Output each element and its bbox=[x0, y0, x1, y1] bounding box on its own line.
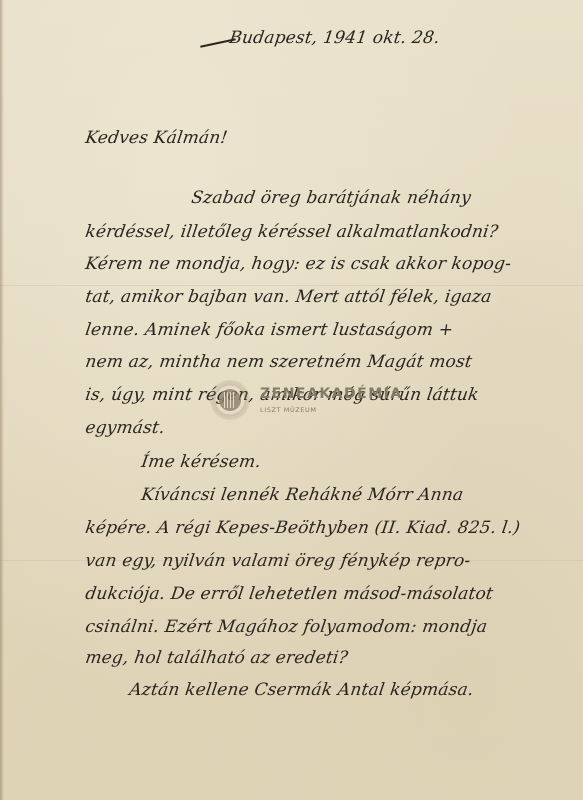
watermark-title: ZENEAKADÉMIA bbox=[260, 386, 403, 402]
letter-line: kérdéssel, illetőleg kéréssel alkalmatla… bbox=[84, 222, 499, 242]
letter-page: Budapest, 1941 okt. 28. Kedves Kálmán! S… bbox=[0, 0, 583, 800]
letter-line: Kérem ne mondja, hogy: ez is csak akkor … bbox=[84, 254, 512, 274]
letter-line: egymást. bbox=[84, 418, 166, 438]
zeneakademia-watermark: ZENEAKADÉMIA LISZT MÚZEUM bbox=[210, 380, 430, 420]
letter-line: meg, hol található az eredeti? bbox=[84, 648, 349, 668]
letter-line: Aztán kellene Csermák Antal képmása. bbox=[128, 680, 475, 700]
date-line: Budapest, 1941 okt. 28. bbox=[228, 28, 441, 48]
letter-line: lenne. Aminek főoka ismert lustaságom + bbox=[84, 320, 455, 340]
letter-line: tat, amikor bajban van. Mert attól félek… bbox=[84, 287, 493, 307]
paper-edge-shadow bbox=[0, 0, 4, 800]
lyre-seal-icon bbox=[210, 380, 250, 420]
letter-line: Szabad öreg barátjának néhány bbox=[190, 188, 472, 208]
letter-line: van egy, nyilván valami öreg fénykép rep… bbox=[84, 551, 472, 571]
letter-line: csinálni. Ezért Magához folyamodom: mond… bbox=[84, 617, 489, 637]
watermark-subtitle: LISZT MÚZEUM bbox=[260, 406, 317, 414]
paper-crease bbox=[0, 285, 583, 286]
letter-line: Íme kérésem. bbox=[140, 452, 262, 472]
letter-line: nem az, mintha nem szeretném Magát most bbox=[84, 352, 473, 372]
salutation: Kedves Kálmán! bbox=[84, 128, 229, 148]
letter-line: Kíváncsi lennék Rehákné Mórr Anna bbox=[140, 485, 465, 505]
letter-line: dukciója. De erről lehetetlen másod-máso… bbox=[84, 584, 494, 604]
letter-line: képére. A régi Kepes-Beöthyben (II. Kiad… bbox=[84, 518, 521, 538]
